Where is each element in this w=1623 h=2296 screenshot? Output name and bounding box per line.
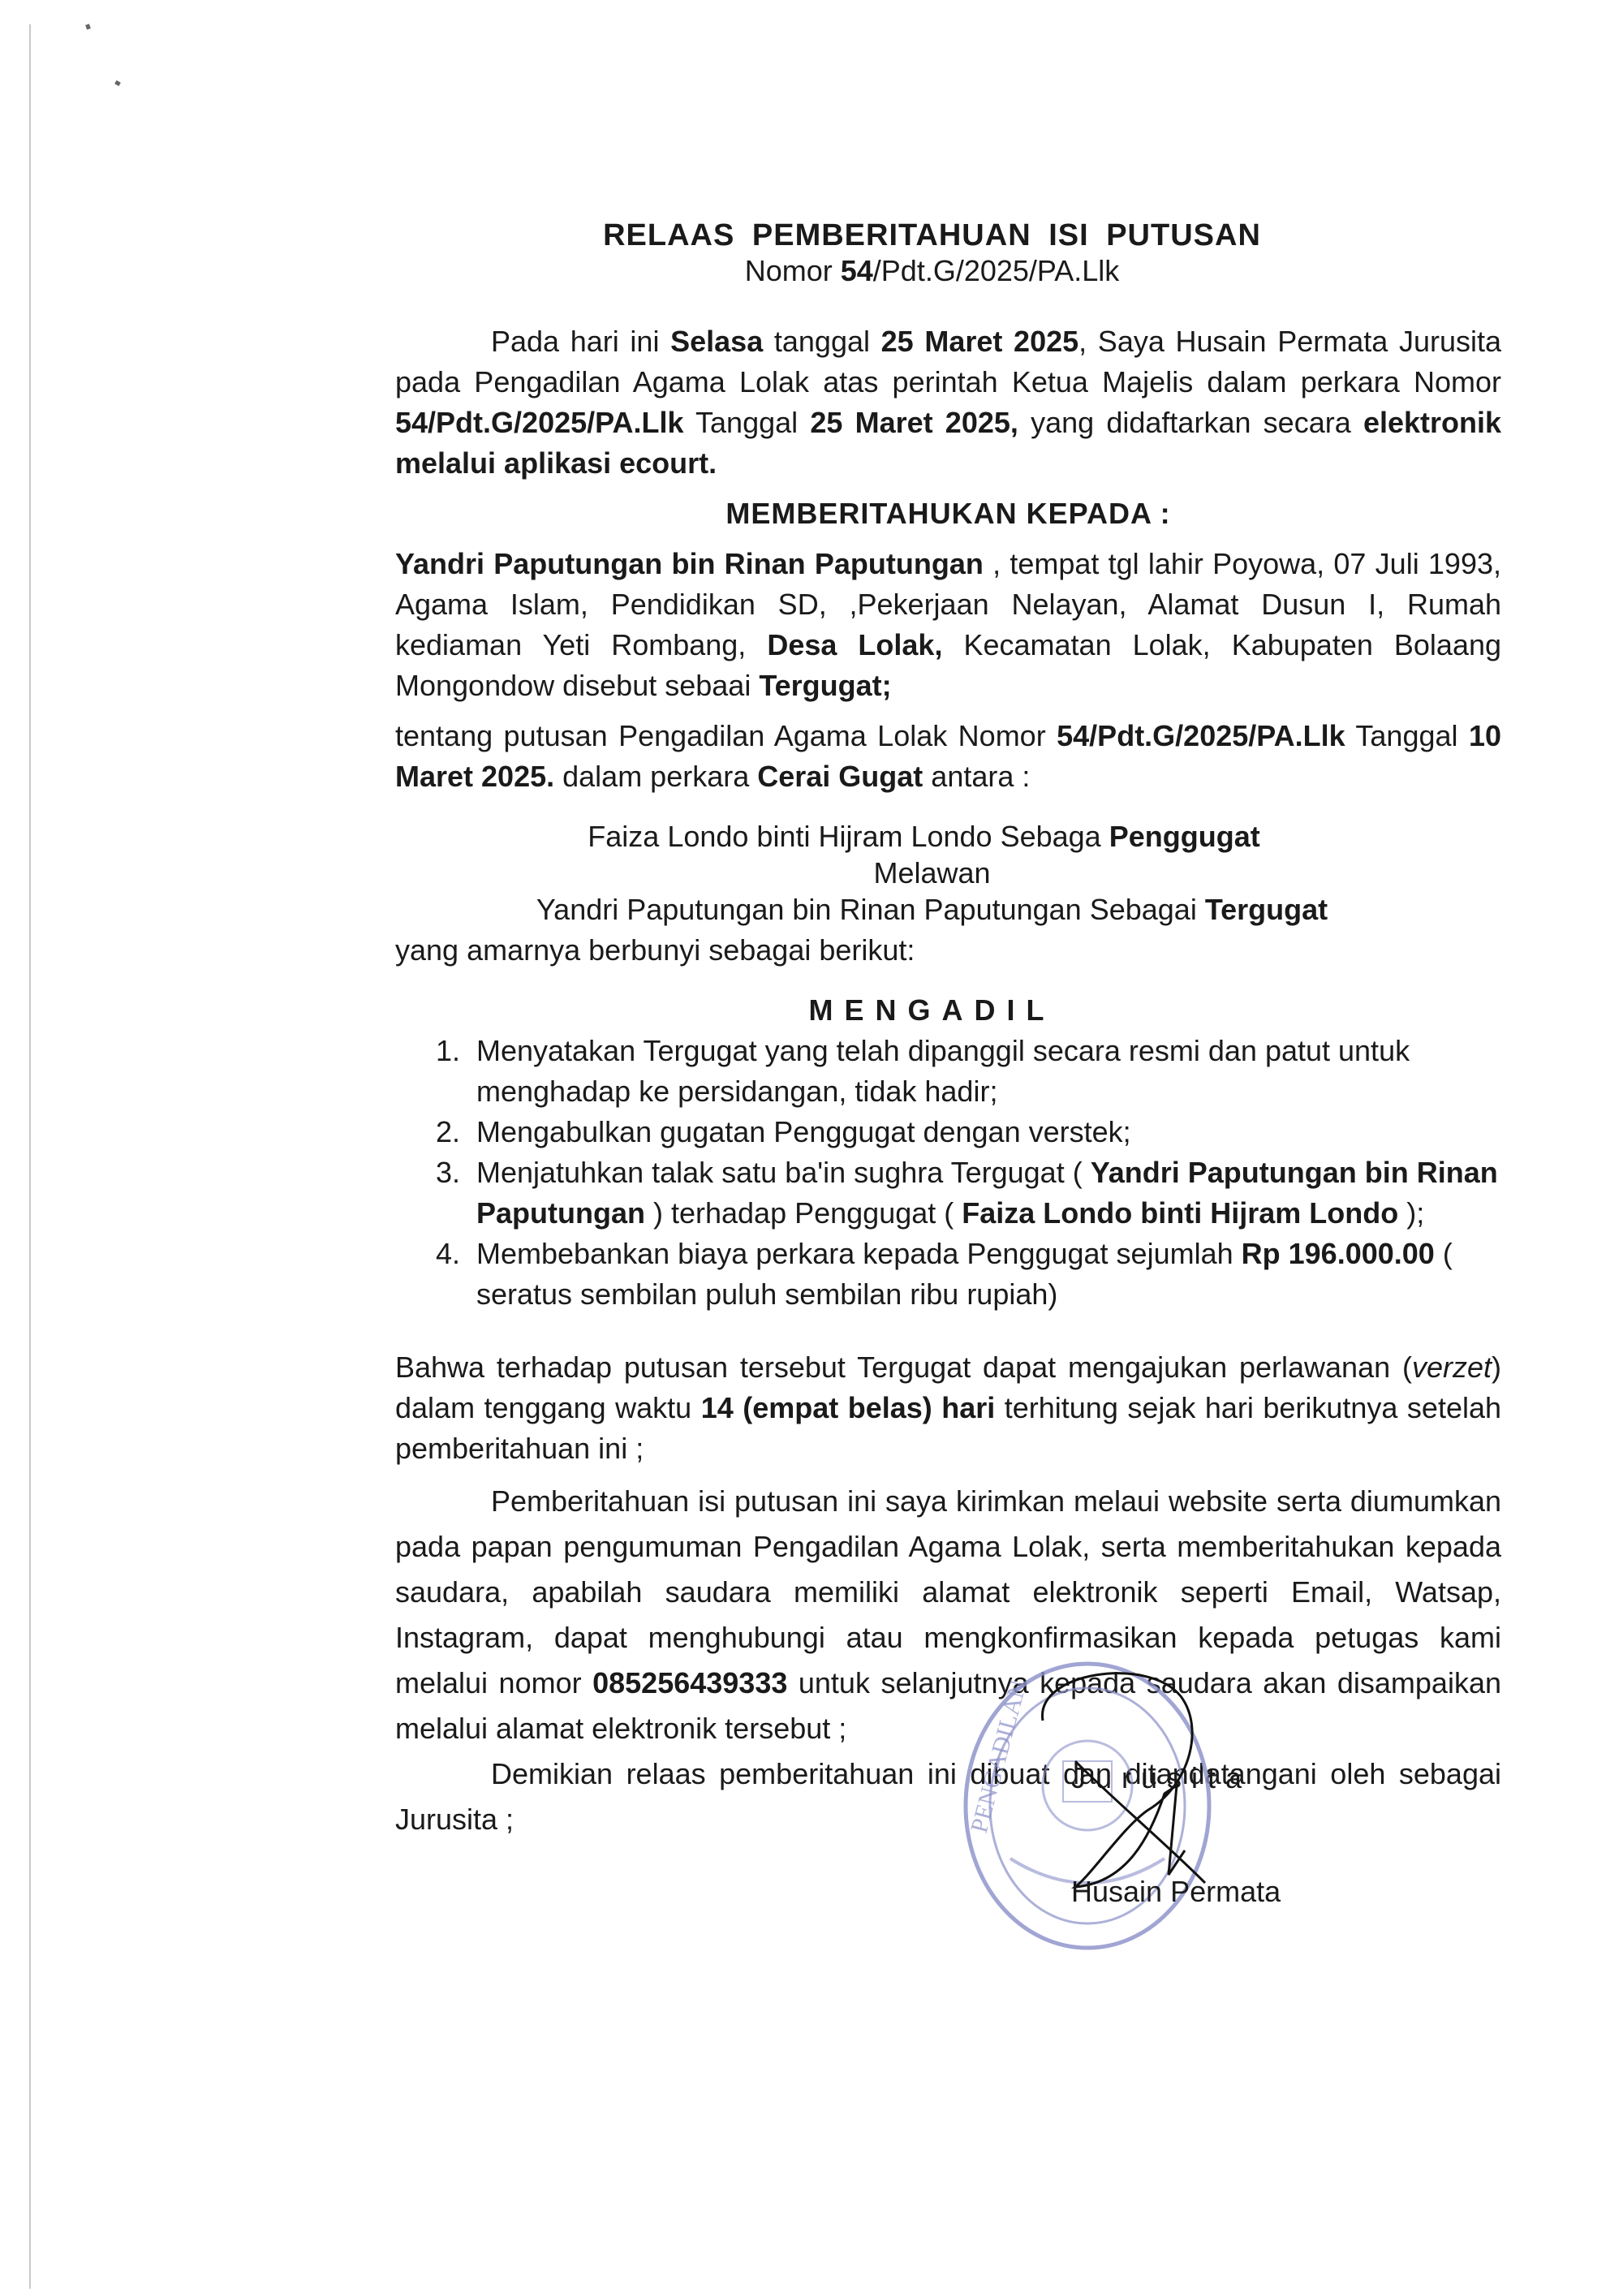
heading-mengadil: MENGADIL <box>363 990 1501 1031</box>
heading-kepada: MEMBERITAHUKAN KEPADA : <box>395 493 1501 534</box>
signer-name: Husain Permata <box>1071 1875 1281 1909</box>
versus-line: Melawan <box>363 857 1501 890</box>
verzet-paragraph: Bahwa terhadap putusan tersebut Tergugat… <box>395 1347 1501 1469</box>
scan-speck <box>85 24 91 29</box>
document-number: Nomor 54/Pdt.G/2025/PA.Llk <box>363 253 1501 289</box>
verdict-item: Mengabulkan gugatan Penggugat dengan ver… <box>468 1112 1501 1152</box>
tentang-paragraph: tentang putusan Pengadilan Agama Lolak N… <box>395 716 1501 797</box>
document-title: RELAAS PEMBERITAHUAN ISI PUTUSAN <box>363 218 1501 253</box>
handwritten-signature-icon <box>1027 1664 1238 1907</box>
verdict-list: Menyatakan Tergugat yang telah dipanggil… <box>395 1031 1501 1315</box>
defendant-line: Yandri Paputungan bin Rinan Paputungan S… <box>363 890 1501 930</box>
amar-intro: yang amarnya berbunyi sebagai berikut: <box>395 930 1501 971</box>
plaintiff-line: Faiza Londo binti Hijram Londo Sebaga Pe… <box>347 816 1501 857</box>
signature-block: PENGADILAN Jurusita Husain Permata <box>945 1648 1335 1956</box>
intro-paragraph: Pada hari ini Selasa tanggal 25 Maret 20… <box>395 321 1501 484</box>
scan-edge-line <box>29 24 31 2289</box>
verdict-item: Membebankan biaya perkara kepada Penggug… <box>468 1234 1501 1315</box>
verdict-item: Menjatuhkan talak satu ba'in sughra Terg… <box>468 1152 1501 1234</box>
recipient-paragraph: Yandri Paputungan bin Rinan Paputungan ,… <box>395 544 1501 706</box>
svg-text:PENGADILAN: PENGADILAN <box>966 1678 1032 1836</box>
document-body: RELAAS PEMBERITAHUAN ISI PUTUSAN Nomor 5… <box>395 218 1501 1842</box>
scan-speck <box>114 80 121 86</box>
verdict-item: Menyatakan Tergugat yang telah dipanggil… <box>468 1031 1501 1112</box>
